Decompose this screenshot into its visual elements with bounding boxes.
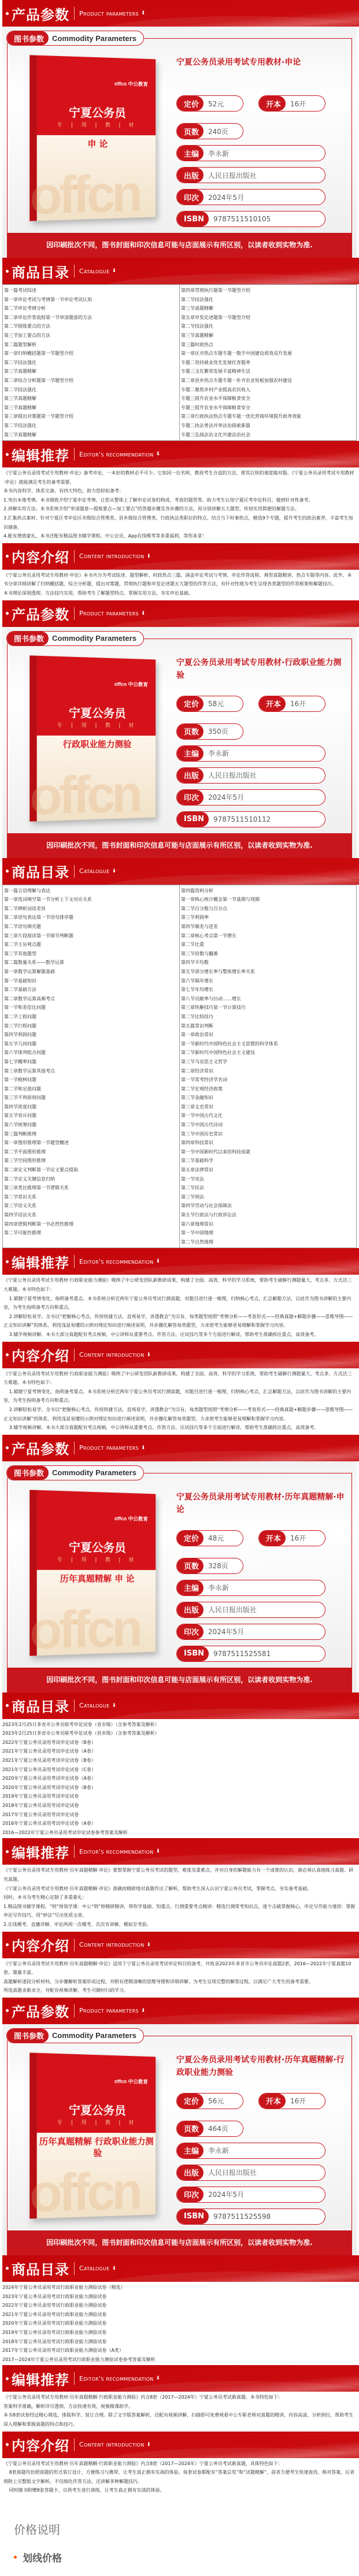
catalogue-item: 2024年宁夏公务员录用考试行政职业能力测验试卷（精选） bbox=[2, 2283, 357, 2292]
param-value: 9787511525581 bbox=[209, 1650, 279, 1658]
section-title-cn: 内容介绍 bbox=[12, 1935, 69, 1955]
paragraph: 1.紧随宁夏考情变化，指明备考重点。本书系统分析近两年宁夏公务员考试行测真题，对… bbox=[3, 1294, 356, 1312]
param-pages: 页数350页 bbox=[176, 723, 243, 740]
divider bbox=[74, 1699, 75, 1712]
section-title-en: Content introduction bbox=[79, 1351, 145, 1358]
book-title: 宁夏公务员录用考试专用教材·行政职业能力测验 bbox=[176, 656, 348, 691]
param-printing: 印次2024年5月 bbox=[176, 1624, 325, 1640]
param-isbn: ISBN9787511510105 bbox=[176, 211, 325, 227]
catalogue-item: 2020年宁夏公务员录用考试行政职业能力测验试卷 bbox=[2, 2319, 357, 2328]
section-title-en: Editor's recommendation bbox=[79, 2375, 153, 2382]
catalogue-item: 第一节植树问题 bbox=[4, 1075, 178, 1085]
paragraph: 答案科学准确，解析详尽透彻，方法快速有效，视频微课助学。 bbox=[3, 2402, 356, 2411]
catalogue-item: 第二节技法强化 bbox=[4, 385, 178, 395]
paragraph: 2.讲解实用方法。本书系统介绍“审清题意—提炼要点—加工要点”的答题步骤及各步骤… bbox=[3, 504, 356, 514]
param-price: 定价58元 bbox=[176, 696, 243, 712]
catalogue-column: 第四篇资料分析第一章核心统计概念第一节基期与现期第二节百分数与百分点第三节利润率… bbox=[179, 885, 356, 1248]
catalogue-item: 第二节中国古代诗词 bbox=[181, 1120, 355, 1130]
catalogue-item: 第二篇题型解析 bbox=[4, 340, 178, 350]
paragraph: 同时，本书为考生精心定制了多重豪礼： bbox=[3, 1893, 356, 1902]
section-title-en: Product parameters bbox=[79, 2007, 139, 2014]
divider bbox=[74, 1939, 75, 1951]
arrow-down-icon: ⬇ bbox=[141, 2008, 146, 2014]
catalogue-item: 2016—2022年宁夏公务员录用考试申论试卷参考答案及解析 bbox=[2, 1828, 357, 1838]
param-isbn: ISBN9787511510112 bbox=[176, 811, 325, 827]
section-title-en: Content introduction bbox=[79, 552, 145, 560]
section-title-cn: 编辑推荐 bbox=[12, 2369, 69, 2389]
catalogue-item: 2023年宁夏公务员录用考试行政职业能力测验试卷 bbox=[2, 2292, 357, 2302]
paragraph: 2.讲解轻松易学。全书以“把握核心考点，传授快捷方法，直观易学，讲透教会”为宗旨… bbox=[3, 1405, 356, 1423]
catalogue-item: 第三章片段阅读第一节细节判断题 bbox=[4, 931, 178, 941]
param-label: 页数 bbox=[177, 124, 203, 139]
section-banner-catalogue: 商品目录 Catalogue ⬇ bbox=[2, 1692, 359, 1719]
catalogue-item: 第三节马克思主义哲学 bbox=[181, 1057, 355, 1067]
section-title-cn: 商品目录 bbox=[12, 861, 69, 881]
book-info: 宁夏公务员录用考试专用教材·历年真题精解·申论定价48元开本16开页数328页主… bbox=[169, 1486, 351, 1662]
catalogue-item: 第二节技法强化 bbox=[181, 322, 355, 331]
arrow-down-icon: ⬇ bbox=[112, 1703, 117, 1709]
catalogue-table: 第一篇考试综述第一章申论考试与考情第一节申论考试认知第二节申论考情分析第二章申论… bbox=[2, 284, 357, 441]
tag-en: Commodity Parameters bbox=[49, 634, 143, 643]
catalogue-item: 第三节真题精解 bbox=[181, 304, 355, 313]
catalogue-item: 第五章申发论述题第一节题型介绍 bbox=[181, 313, 355, 322]
book-cover: offcn 中公教育宁夏公务员专 | 用 | 教 | 材offcn行政职业能力测… bbox=[8, 652, 169, 827]
tag-en: Commodity Parameters bbox=[49, 1468, 143, 1477]
editor-recommendation-text: 《宁夏公务员录用考试专用教材·行政职业能力测验》吸纳了中公研发团队新教研成果，构… bbox=[2, 1275, 357, 1341]
bullet-icon bbox=[6, 612, 9, 615]
arrow-down-icon: ⬇ bbox=[156, 1259, 160, 1264]
divider bbox=[74, 607, 75, 620]
param-printing: 印次2024年5月 bbox=[176, 2187, 325, 2203]
param-label: 主编 bbox=[177, 146, 203, 161]
book-image: offcn 中公教育宁夏公务员专 | 用 | 教 | 材offcn行政职业能力测… bbox=[29, 655, 156, 821]
cover-brand: 宁夏公务员 bbox=[37, 2100, 156, 2118]
param-value: 328页 bbox=[203, 1561, 236, 1571]
content-introduction-text: 《宁夏公务员录用考试专用教材·申论》本书共分为考试综述、题型解析、时政热点三篇，… bbox=[2, 570, 357, 600]
param-label: 出版 bbox=[177, 768, 203, 783]
section-title-en: Content introduction bbox=[79, 2441, 145, 2448]
arrow-down-icon: ⬇ bbox=[112, 868, 117, 874]
divider bbox=[74, 865, 75, 878]
print-notice: 因印刷批次不同，图书封面和印次信息可能与店面展示有所区别，以读者收到实物为准. bbox=[7, 2230, 352, 2255]
bullet-icon bbox=[6, 555, 9, 558]
paragraph: 《宁夏公务员录用考试专用教材·申论》本书共分为考试综述、题型解析、时政热点三篇，… bbox=[3, 571, 356, 589]
price-note: 价格说明 划线价格 bbox=[0, 2497, 359, 2576]
bullet-icon bbox=[6, 12, 9, 15]
param-value: 2024年5月 bbox=[203, 192, 252, 202]
catalogue-item: 第三章类比推理第一节逻辑关系 bbox=[4, 1183, 178, 1193]
divider bbox=[74, 448, 75, 461]
section-banner-params: 产品参数 Product parameters ⬇ bbox=[2, 1435, 359, 1461]
catalogue-item: 第三节行程问题 bbox=[4, 1022, 178, 1031]
catalogue-item: 第二节可能性推理 bbox=[4, 1228, 178, 1238]
arrow-down-icon: ⬇ bbox=[141, 10, 146, 16]
catalogue-item: 第二章定义判断第一节定义要点提取 bbox=[4, 1165, 178, 1175]
catalogue-item: 第四章逻辑判断第一节必然性推理 bbox=[4, 1220, 178, 1229]
param-label: ISBN bbox=[177, 2209, 209, 2224]
param-value: 240页 bbox=[203, 127, 236, 136]
tag-cn: 图书参数 bbox=[7, 31, 49, 45]
bullet-icon bbox=[6, 1850, 9, 1853]
paragraph: 同时随书附赠8张答题卡，以供考生进行演练，让考生真正拥有实战的体验。 bbox=[3, 2486, 356, 2495]
paragraph: 1.紧随宁夏考情变化，指明备考重点。本书系统分析近两年宁夏公务员考试行测真题，对… bbox=[3, 1387, 356, 1405]
section-banner-editor: 编辑推荐 Editor's recommendation ⬇ bbox=[2, 1248, 359, 1275]
catalogue-item: 第一节中国地理 bbox=[181, 1228, 355, 1238]
bullet-icon bbox=[6, 2267, 9, 2270]
publisher-logo: offcn 中公教育 bbox=[114, 1515, 148, 1523]
catalogue-item: 2020年宁夏公务员录用考试申论试卷（B卷） bbox=[2, 1783, 357, 1792]
section-title-en: Catalogue bbox=[79, 268, 110, 275]
section-title-cn: 编辑推荐 bbox=[12, 1842, 69, 1862]
tag-cn: 图书参数 bbox=[7, 632, 49, 645]
paragraph: 《宁夏公务员录用考试专用教材·历年真题精解·申论》准确而精辟地对真题作出了解析，… bbox=[3, 1884, 356, 1894]
param-pages: 页数464页 bbox=[176, 2121, 243, 2137]
book-cover: offcn 中公教育宁夏公务员专 | 用 | 教 | 材offcn申 论 bbox=[8, 51, 169, 227]
catalogue-item: 2019年宁夏公务员录用考试申论试卷 bbox=[2, 1792, 357, 1801]
paragraph: 《宁夏公务员录用考试专用教材·行政职业能力测验》吸纳了中公研发团队新教研成果，构… bbox=[3, 1369, 356, 1387]
param-value: 48元 bbox=[203, 1533, 232, 1543]
editor-recommendation-text: 《宁夏公务员录用考试专用教材·历年真题精解·行政职业能力测验》内含8套（2017… bbox=[2, 2392, 357, 2431]
section-title-en: Catalogue bbox=[79, 867, 110, 875]
catalogue-item: 2021年宁夏公务员录用考试申论试卷（C卷） bbox=[2, 1765, 357, 1775]
catalogue-item: 第三节真题精解 bbox=[4, 394, 178, 403]
param-label: 主编 bbox=[177, 746, 203, 761]
content-introduction-text: 《宁夏公务员录用考试专用教材·历年真题精解·申论》适用于宁夏公务员录用考试申论科… bbox=[2, 1958, 357, 1998]
parameters-frame: 图书参数Commodity Parametersoffcn 中公教育宁夏公务员专… bbox=[7, 1473, 352, 1692]
catalogue-item: 专题二坚持就业优先发展托育服务 bbox=[181, 358, 355, 368]
book-title: 宁夏公务员录用考试专用教材·申论 bbox=[176, 56, 348, 91]
param-label: 出版 bbox=[177, 168, 203, 183]
param-pages: 页数328页 bbox=[176, 1558, 243, 1574]
section-banner-catalogue: 商品目录 Catalogue ⬇ bbox=[2, 258, 359, 284]
cover-brand: 宁夏公务员 bbox=[37, 1537, 156, 1555]
catalogue-item: 第三节倍数与翻番 bbox=[181, 949, 355, 959]
catalogue-item: 2023年2月25日多省市公务员联考申论试卷（县乡级）（含参考答案及解析） bbox=[2, 1729, 357, 1738]
catalogue-item: 第二节基础方法 bbox=[4, 985, 178, 994]
price-note-item-label: 划线价格 bbox=[23, 2550, 62, 2564]
cover-subtitle: 历年真题精解 行政职业能力测验 bbox=[37, 2136, 156, 2159]
section-banner-editor: 编辑推荐 Editor's recommendation ⬇ bbox=[2, 2365, 359, 2392]
section-title-cn: 商品目录 bbox=[12, 261, 69, 281]
catalogue-item: 第二节宏观经济政策 bbox=[181, 1085, 355, 1094]
catalogue-item: 2022年宁夏公务员录用考试行政职业能力测验试卷 bbox=[2, 2301, 357, 2310]
parameters-row: offcn 中公教育宁夏公务员专 | 用 | 教 | 材offcn历年真题精解 … bbox=[8, 1486, 351, 1662]
param-editor: 主编李永新 bbox=[176, 2143, 325, 2159]
section-title-en: Product parameters bbox=[79, 10, 139, 17]
cover-subtitle: 申 论 bbox=[37, 138, 156, 150]
param-value: 李永新 bbox=[203, 149, 237, 158]
catalogue-list: 2023年2月25日多省市公务员联考申论试卷（省市级）（含参考答案及解析）202… bbox=[2, 1719, 357, 1839]
param-value: 2024年5月 bbox=[203, 1627, 252, 1636]
param-value: 李永新 bbox=[203, 2146, 237, 2155]
paragraph: 3.辅学视频讲解。本书大部分真题配有考点视频，中公讲师从重要考点、作答方法、应试… bbox=[3, 1330, 356, 1339]
catalogue-item: 第五节容斥问题 bbox=[4, 1111, 178, 1120]
tag-cn: 图书参数 bbox=[7, 1466, 49, 1480]
paragraph: 本书内容科学、体系完备，有四大特色，助力您轻松备考： bbox=[3, 487, 356, 496]
section-banner-content: 内容介绍 Content introduction ⬇ bbox=[2, 1932, 359, 1958]
catalogue-column: 第一篇言语理解与表达第一章选词填空第一节分析上下文对应关系第二节辨析词语差异第二… bbox=[3, 885, 179, 1248]
catalogue-item: 第一章区市热点专题专题一数字中国建设质效双升发展 bbox=[181, 349, 355, 358]
catalogue-item: 第五篇常识判断 bbox=[181, 1022, 355, 1031]
catalogue-item: 第三节真题精解 bbox=[4, 403, 178, 413]
param-label: ISBN bbox=[177, 211, 209, 227]
arrow-down-icon: ⬇ bbox=[141, 1445, 146, 1451]
paragraph: 2.在线模考，直播详解。申论两周一次模考，次次有讲解，模拟至考前。 bbox=[3, 1920, 356, 1929]
param-publisher: 出版人民日报出版社 bbox=[176, 167, 325, 183]
catalogue-item: 第七节概率问题 bbox=[4, 1057, 178, 1067]
param-value: 9787511525598 bbox=[209, 2213, 279, 2221]
param-pages: 页数240页 bbox=[176, 123, 243, 139]
tag-en: Commodity Parameters bbox=[49, 34, 143, 43]
catalogue-item: 第四章科技常识 bbox=[181, 1138, 355, 1148]
catalogue-item: 第二节申论考情分析 bbox=[4, 304, 178, 313]
catalogue-item: 第四节浓度问题 bbox=[4, 1103, 178, 1112]
parameters-row: offcn 中公教育宁夏公务员专 | 用 | 教 | 材offcn行政职业能力测… bbox=[8, 652, 351, 827]
catalogue-item: 第三章快解技巧第一节计算技巧 bbox=[181, 1003, 355, 1012]
catalogue-item: 第四节顺差与逆差 bbox=[181, 922, 355, 931]
divider bbox=[74, 2262, 75, 2275]
print-notice: 因印刷批次不同，图书封面和印次信息可能与店面展示有所区别，以读者收到实物为准. bbox=[7, 1668, 352, 1692]
catalogue-item: 第五节行政法与行政诉讼法 bbox=[181, 1211, 355, 1220]
arrow-down-icon: ⬇ bbox=[147, 1942, 151, 1948]
catalogue-item: 2023年2月25日多省市公务员联考申论试卷（省市级）（含参考答案及解析） bbox=[2, 1720, 357, 1729]
catalogue-item: 专题二聚焦乡村产业提高农民收入 bbox=[181, 385, 355, 395]
catalogue-item: 第一节中国古代文化 bbox=[181, 1111, 355, 1120]
section-title-cn: 编辑推荐 bbox=[12, 1252, 69, 1272]
product-parameters: 图书参数Commodity Parametersoffcn 中公教育宁夏公务员专… bbox=[2, 2024, 357, 2255]
catalogue-item: 第三节加工要点的方法 bbox=[4, 331, 178, 340]
product-parameters: 图书参数Commodity Parametersoffcn 中公教育宁夏公务员专… bbox=[2, 1461, 357, 1692]
catalogue-item: 第二节语句填充题 bbox=[4, 922, 178, 931]
cover-series: 专 | 用 | 教 | 材 bbox=[37, 120, 156, 128]
catalogue-item: 第二篇数量关系——数学运算 bbox=[4, 958, 178, 967]
product-detail-page: 产品参数 Product parameters ⬇ 图书参数Commodity … bbox=[0, 0, 359, 2497]
bullet-icon bbox=[6, 2009, 9, 2012]
parameters-row: offcn 中公教育宁夏公务员专 | 用 | 教 | 材offcn历年真题精解 … bbox=[8, 2049, 351, 2225]
catalogue-item: 2021年宁夏公务员录用考试行政职业能力测验试卷 bbox=[2, 2310, 357, 2319]
param-label: 页数 bbox=[177, 2121, 203, 2136]
cover-series: 专 | 用 | 教 | 材 bbox=[37, 721, 156, 729]
param-price: 定价52元 bbox=[176, 95, 243, 112]
divider bbox=[74, 2005, 75, 2017]
param-label: 开本 bbox=[259, 696, 286, 711]
param-value: 9787511510105 bbox=[209, 215, 279, 223]
paragraph: 所选真题求新求全，并配有视频讲解，考生可随时扫码学习。 bbox=[3, 1986, 356, 1995]
cover-subtitle: 历年真题精解 申 论 bbox=[37, 1573, 156, 1584]
paragraph: 《宁夏公务员录用考试专用教材·历年真题精解·行政职业能力测验》内含8套（2017… bbox=[3, 2459, 356, 2469]
paragraph: 本书理论深刻透彻、方法技巧实用，帮助考生了解题型特点，掌握实用方法，夯实申论基础… bbox=[3, 589, 356, 598]
divider bbox=[74, 2372, 75, 2385]
section-banner-params: 产品参数 Product parameters ⬇ bbox=[2, 0, 359, 27]
product-parameters: 图书参数Commodity Parametersoffcn 中公教育宁夏公务员专… bbox=[2, 627, 357, 858]
param-value: 人民日报出版社 bbox=[203, 770, 265, 780]
catalogue-item: 2020年宁夏公务员录用考试申论试卷（A卷） bbox=[2, 1774, 357, 1783]
catalogue-item: 第四节语法关系 bbox=[4, 1211, 178, 1220]
param-value: 李永新 bbox=[203, 1583, 237, 1593]
cover-watermark: offcn bbox=[29, 1599, 139, 1656]
param-value: 16开 bbox=[286, 1533, 314, 1543]
catalogue-item: 第四篇资料分析 bbox=[181, 886, 355, 896]
catalogue-item: 第二节和定值问题 bbox=[4, 1085, 178, 1094]
param-label: 印次 bbox=[177, 2187, 203, 2202]
bullet-icon bbox=[14, 2556, 17, 2559]
catalogue-item: 第三节其他题型 bbox=[4, 949, 178, 959]
param-pills: 定价58元开本16开页数350页主编李永新出版人民日报出版社印次2024年5月I… bbox=[176, 696, 348, 827]
param-pills: 定价48元开本16开页数328页主编李永新出版人民日报出版社印次2024年5月I… bbox=[176, 1530, 348, 1662]
param-label: 定价 bbox=[177, 96, 203, 111]
param-label: 主编 bbox=[177, 2143, 203, 2158]
section-banner-catalogue: 商品目录 Catalogue ⬇ bbox=[2, 858, 359, 885]
catalogue-item: 第三节真题精解 bbox=[4, 430, 178, 440]
catalogue-item: 专题三提升农业水平保障粮食安全 bbox=[181, 403, 355, 413]
param-format: 开本16开 bbox=[258, 1530, 325, 1546]
param-publisher: 出版人民日报出版社 bbox=[176, 1602, 325, 1618]
divider bbox=[74, 1349, 75, 1361]
catalogue-item: 第三节不利原则问题 bbox=[4, 1093, 178, 1103]
commodity-parameters-tag: 图书参数Commodity Parameters bbox=[6, 2028, 144, 2043]
catalogue-item: 第三节空间图形推理 bbox=[4, 1156, 178, 1165]
divider bbox=[74, 7, 75, 20]
param-value: 人民日报出版社 bbox=[203, 2167, 265, 2177]
catalogue-item: 第二节基础科学 bbox=[181, 1156, 355, 1165]
param-value: 人民日报出版社 bbox=[203, 170, 265, 180]
catalogue-item: 第一章数学运算解题基础 bbox=[4, 967, 178, 977]
catalogue-item: 第一节基础知识 bbox=[4, 977, 178, 986]
catalogue-item: 2018年宁夏公务员录用考试申论试卷 bbox=[2, 1801, 357, 1810]
catalogue-item: 专题三文化繁荣发展丰富精神生活 bbox=[181, 367, 355, 376]
catalogue-item: 第二节平面图形推理 bbox=[4, 1148, 178, 1157]
param-isbn: ISBN9787511525598 bbox=[176, 2208, 325, 2225]
cover-series: 专 | 用 | 教 | 材 bbox=[37, 1555, 156, 1563]
parameters-row: offcn 中公教育宁夏公务员专 | 用 | 教 | 材offcn申 论宁夏公务… bbox=[8, 51, 351, 227]
param-label: 开本 bbox=[259, 2094, 286, 2109]
section-title-cn: 内容介绍 bbox=[12, 2434, 69, 2455]
catalogue-item: 2017年宁夏公务员录用考试行政职业能力测验试卷（A类） bbox=[2, 2346, 357, 2355]
section-title-cn: 商品目录 bbox=[12, 1695, 69, 1716]
section-banner-content: 内容介绍 Content introduction ⬇ bbox=[2, 543, 359, 570]
book-image: offcn 中公教育宁夏公务员专 | 用 | 教 | 材offcn历年真题精解 … bbox=[29, 1490, 156, 1656]
param-label: 印次 bbox=[177, 790, 203, 805]
catalogue-item: 第四节平均数 bbox=[181, 958, 355, 967]
param-label: ISBN bbox=[177, 1646, 209, 1661]
catalogue-item: 第一章归纳概括题第一节题型介绍 bbox=[4, 349, 178, 358]
catalogue-item: 第三节刑法 bbox=[181, 1193, 355, 1202]
catalogue-item: 第六节隔年增长 bbox=[181, 977, 355, 986]
section-title-en: Product parameters bbox=[79, 610, 139, 617]
paragraph: 8套真题均仿照真题的形式装订设计，方便练习与携带，让考生真正拥有实战的体验。每套… bbox=[3, 2468, 356, 2486]
catalogue-item: 第三节中国历史常识 bbox=[181, 1130, 355, 1139]
catalogue-item: 第二节百分数与百分点 bbox=[181, 904, 355, 914]
paragraph: 1.突出本地考情。本书细致介绍宁夏申论考情，让您从整体上了解申论试卷的构成、考查… bbox=[3, 496, 356, 505]
publisher-logo: offcn 中公教育 bbox=[114, 2077, 148, 2085]
print-notice: 因印刷批次不同，图书封面和印次信息可能与店面展示有所区别，以读者收到实物为准. bbox=[7, 833, 352, 858]
section-title-en: Catalogue bbox=[79, 2265, 110, 2272]
catalogue-item: 第二节主旨观点题 bbox=[4, 940, 178, 949]
param-format: 开本16开 bbox=[258, 696, 325, 712]
bullet-icon bbox=[6, 270, 9, 273]
paragraph: 3.汇集热点素材。针对宁夏区考申论区市级综合管理类、县乡级综合管理类、行政执法类… bbox=[3, 514, 356, 532]
arrow-down-icon: ⬇ bbox=[147, 554, 151, 559]
param-editor: 主编李永新 bbox=[176, 145, 325, 161]
price-note-title: 价格说明 bbox=[14, 2521, 345, 2537]
param-value: 人民日报出版社 bbox=[203, 1605, 265, 1614]
param-printing: 印次2024年5月 bbox=[176, 789, 325, 806]
catalogue-item: 第二章语句表达第一节语句排序题 bbox=[4, 913, 178, 922]
section-title-cn: 产品参数 bbox=[12, 2000, 69, 2021]
catalogue-item: 第二节自然地理 bbox=[181, 1238, 355, 1247]
content-introduction-text: 《宁夏公务员录用考试专用教材·行政职业能力测验》吸纳了中公研发团队新教研成果，构… bbox=[2, 1368, 357, 1435]
book-image: offcn 中公教育宁夏公务员专 | 用 | 教 | 材offcn申 论 bbox=[29, 55, 156, 221]
paragraph: 1.精品图书辅学课程。“明”师领学课：中公“明”师精研精讲，带你学基础、知重点。… bbox=[3, 1902, 356, 1920]
catalogue-item: 第二章数学运算高频考点 bbox=[4, 994, 178, 1004]
section-banner-catalogue: 商品目录 Catalogue ⬇ bbox=[2, 2255, 359, 2282]
param-publisher: 出版人民日报出版社 bbox=[176, 2165, 325, 2181]
book-info: 宁夏公务员录用考试专用教材·历年真题精解·行政职业能力测验定价56元开本16开页… bbox=[169, 2049, 351, 2225]
publisher-logo: offcn 中公教育 bbox=[114, 680, 148, 688]
catalogue-table: 第一篇言语理解与表达第一章选词填空第一节分析上下文对应关系第二节辨析词语差异第二… bbox=[2, 885, 357, 1249]
catalogue-item: 第一章政治常识 bbox=[181, 1030, 355, 1040]
section-title-en: Editor's recommendation bbox=[79, 1848, 153, 1855]
param-format: 开本16开 bbox=[258, 2093, 325, 2109]
param-format: 开本16开 bbox=[258, 95, 325, 112]
catalogue-item: 第二节提炼要点的方法 bbox=[4, 322, 178, 331]
catalogue-item: 第三篇时政热点 bbox=[181, 340, 355, 350]
catalogue-item: 第三节利润率 bbox=[181, 913, 355, 922]
book-info: 宁夏公务员录用考试专用教材·申论定价52元开本16开页数240页主编李永新出版人… bbox=[169, 51, 351, 227]
product-parameters: 图书参数Commodity Parametersoffcn 中公教育宁夏公务员专… bbox=[2, 27, 357, 258]
divider bbox=[74, 1442, 75, 1454]
catalogue-item: 第一章申论考试与考情第一节申论考试认知 bbox=[4, 295, 178, 305]
catalogue-item: 第二节技法强化 bbox=[181, 295, 355, 305]
param-value: 2024年5月 bbox=[203, 792, 252, 802]
divider bbox=[74, 1845, 75, 1858]
cover-watermark: offcn bbox=[29, 165, 139, 221]
param-label: 定价 bbox=[177, 1531, 203, 1546]
param-value: 2024年5月 bbox=[203, 2189, 252, 2199]
tag-cn: 图书参数 bbox=[7, 2029, 49, 2043]
section-title-cn: 商品目录 bbox=[12, 2258, 69, 2278]
param-value: 16开 bbox=[286, 2096, 314, 2106]
param-label: 主编 bbox=[177, 1580, 203, 1595]
section-banner-editor: 编辑推荐 Editor's recommendation ⬇ bbox=[2, 1838, 359, 1865]
catalogue-column: 第一篇考试综述第一章申论考试与考情第一节申论考试认知第二节申论考情分析第二章申论… bbox=[3, 285, 179, 440]
catalogue-item: 2019年宁夏公务员录用考试行政职业能力测验试卷 bbox=[2, 2328, 357, 2337]
catalogue-item: 第二章综合分析题第一节题型介绍 bbox=[4, 376, 178, 385]
parameters-frame: 图书参数Commodity Parametersoffcn 中公教育宁夏公务员专… bbox=[7, 639, 352, 858]
catalogue-item: 第三节语义关系 bbox=[4, 1201, 178, 1211]
book-cover: offcn 中公教育宁夏公务员专 | 用 | 教 | 材offcn历年真题精解 … bbox=[8, 2049, 169, 2225]
catalogue-item: 第四节劳动与社会保障法 bbox=[181, 1201, 355, 1211]
divider bbox=[74, 550, 75, 563]
cover-series: 专 | 用 | 教 | 材 bbox=[37, 2118, 156, 2126]
param-isbn: ISBN9787511525581 bbox=[176, 1646, 325, 1662]
commodity-parameters-tag: 图书参数Commodity Parameters bbox=[6, 1465, 144, 1480]
bullet-icon bbox=[6, 453, 9, 456]
param-price: 定价48元 bbox=[176, 1530, 243, 1546]
catalogue-item: 2021年宁夏公务员录用考试申论试卷（B卷） bbox=[2, 1756, 357, 1765]
divider bbox=[74, 265, 75, 277]
section-title-cn: 内容介绍 bbox=[12, 546, 69, 566]
catalogue-item: 第五节几何问题 bbox=[4, 1040, 178, 1049]
catalogue-item: 第一章选词填空第一节分析上下文对应关系 bbox=[4, 895, 178, 904]
arrow-down-icon: ⬇ bbox=[147, 2442, 151, 2448]
catalogue-item: 第五节部分增长率与整体增长率关系 bbox=[181, 967, 355, 977]
catalogue-item: 第二节民法 bbox=[181, 1183, 355, 1193]
catalogue-item: 第二节常识关系 bbox=[4, 1193, 178, 1202]
catalogue-item: 第一篇考试综述 bbox=[4, 286, 178, 295]
bullet-icon bbox=[6, 1704, 9, 1707]
paragraph: 4.配有增值豪礼。本书还配有精品图书辅学课程、中公会员、App在线模考等多重福利… bbox=[3, 532, 356, 541]
